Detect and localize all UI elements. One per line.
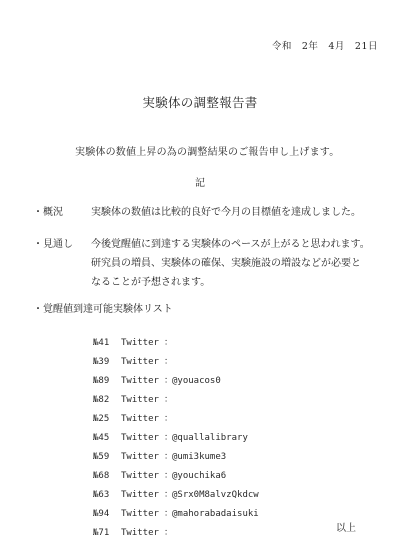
report-page: 令和 2年 4月 21日 実験体の調整報告書 実験体の数値上昇の為の調整結果のご…: [0, 0, 400, 560]
subject-list: №41 Twitter ： №39 Twitter ： №89 Twitter …: [93, 334, 259, 543]
section-outlook: ・見通し 今後覚醒値に到達する実験体のペースが上がると思われます。 研究員の増員…: [33, 235, 381, 292]
service-label: Twitter: [121, 524, 164, 543]
list-item: №25 Twitter ：: [93, 410, 259, 429]
section-label: ・見通し: [33, 235, 91, 292]
list-item: №45 Twitter ： @quallalibrary: [93, 429, 259, 448]
service-label: Twitter: [121, 372, 164, 391]
subject-number: №82: [93, 391, 121, 410]
list-item: №89 Twitter ： @youacos0: [93, 372, 259, 391]
service-label: Twitter: [121, 410, 164, 429]
list-item: №39 Twitter ：: [93, 353, 259, 372]
separator: ：: [164, 334, 172, 353]
list-item: №71 Twitter ：: [93, 524, 259, 543]
section-body: 実験体の数値は比較的良好で今月の目標値を達成しました。: [91, 203, 381, 222]
service-label: Twitter: [121, 505, 164, 524]
service-label: Twitter: [121, 353, 164, 372]
service-label: Twitter: [121, 334, 164, 353]
subject-number: №45: [93, 429, 121, 448]
section-line: なることが予想されます。: [91, 273, 381, 292]
twitter-handle: @Srx0M8alvzQkdcw: [172, 486, 259, 505]
document-date: 令和 2年 4月 21日: [272, 38, 378, 52]
section-line: 今後覚醒値に到達する実験体のペースが上がると思われます。: [91, 235, 381, 254]
list-item: №82 Twitter ：: [93, 391, 259, 410]
separator: ：: [164, 505, 172, 524]
ki-heading: 記: [0, 174, 400, 189]
separator: ：: [164, 372, 172, 391]
twitter-handle: @quallalibrary: [172, 429, 248, 448]
list-heading: ・覚醒値到達可能実験体リスト: [33, 300, 173, 315]
subject-number: №39: [93, 353, 121, 372]
document-title: 実験体の調整報告書: [0, 93, 400, 111]
list-item: №41 Twitter ：: [93, 334, 259, 353]
service-label: Twitter: [121, 448, 164, 467]
subject-number: №63: [93, 486, 121, 505]
subject-number: №89: [93, 372, 121, 391]
service-label: Twitter: [121, 486, 164, 505]
separator: ：: [164, 486, 172, 505]
separator: ：: [164, 524, 172, 543]
separator: ：: [164, 467, 172, 486]
subject-number: №41: [93, 334, 121, 353]
list-item: №68 Twitter ： @youchika6: [93, 467, 259, 486]
subject-number: №94: [93, 505, 121, 524]
separator: ：: [164, 410, 172, 429]
list-item: №63 Twitter ： @Srx0M8alvzQkdcw: [93, 486, 259, 505]
separator: ：: [164, 391, 172, 410]
service-label: Twitter: [121, 429, 164, 448]
twitter-handle: @youchika6: [172, 467, 226, 486]
service-label: Twitter: [121, 391, 164, 410]
separator: ：: [164, 448, 172, 467]
separator: ：: [164, 429, 172, 448]
section-line: 研究員の増員、実験体の確保、実験施設の増設などが必要と: [91, 254, 381, 273]
intro-text: 実験体の数値上昇の為の調整結果のご報告申し上げます。: [75, 143, 339, 158]
section-line: 実験体の数値は比較的良好で今月の目標値を達成しました。: [91, 203, 381, 222]
twitter-handle: @mahorabadaisuki: [172, 505, 259, 524]
twitter-handle: @umi3kume3: [172, 448, 226, 467]
section-body: 今後覚醒値に到達する実験体のペースが上がると思われます。 研究員の増員、実験体の…: [91, 235, 381, 292]
section-label: ・概況: [33, 203, 91, 222]
section-overview: ・概況 実験体の数値は比較的良好で今月の目標値を達成しました。: [33, 203, 381, 222]
closing-mark: 以上: [336, 519, 356, 534]
subject-number: №25: [93, 410, 121, 429]
twitter-handle: @youacos0: [172, 372, 221, 391]
separator: ：: [164, 353, 172, 372]
list-item: №59 Twitter ： @umi3kume3: [93, 448, 259, 467]
service-label: Twitter: [121, 467, 164, 486]
subject-number: №71: [93, 524, 121, 543]
subject-number: №59: [93, 448, 121, 467]
list-item: №94 Twitter ： @mahorabadaisuki: [93, 505, 259, 524]
subject-number: №68: [93, 467, 121, 486]
